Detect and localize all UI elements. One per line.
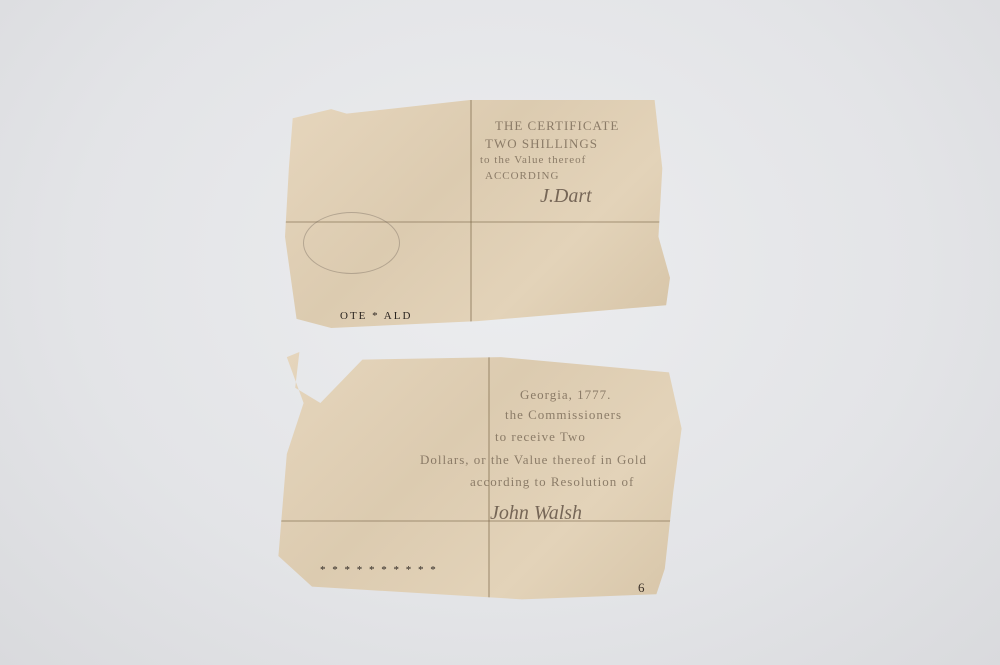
faded-seal: [303, 212, 400, 274]
note-text-line: Dollars, or the Value thereof in Gold: [420, 452, 647, 468]
signature: John Walsh: [490, 502, 582, 525]
note-text-line: the Commissioners: [505, 407, 622, 423]
note-text-line: to receive Two: [495, 429, 586, 445]
vertical-fold: [470, 100, 472, 328]
note-text-line: to the Value thereof: [480, 154, 586, 166]
printed-border-fragment: * * * * * * * * * *: [320, 564, 438, 576]
horizontal-fold: [270, 520, 690, 522]
signature: J.Dart: [540, 185, 592, 208]
corner-mark: 6: [638, 580, 646, 596]
top-paper-note: THE CERTIFICATE TWO SHILLINGS to the Val…: [285, 100, 670, 328]
note-text-line: Georgia, 1777.: [520, 387, 611, 403]
note-text-line: TWO SHILLINGS: [485, 136, 598, 152]
note-text-line: ACCORDING: [485, 170, 559, 182]
bottom-paper-note: Georgia, 1777. the Commissioners to rece…: [270, 352, 690, 607]
printed-border-fragment: OTE * ALD: [340, 310, 412, 322]
note-text-line: THE CERTIFICATE: [495, 118, 619, 134]
note-text-line: according to Resolution of: [470, 474, 634, 490]
